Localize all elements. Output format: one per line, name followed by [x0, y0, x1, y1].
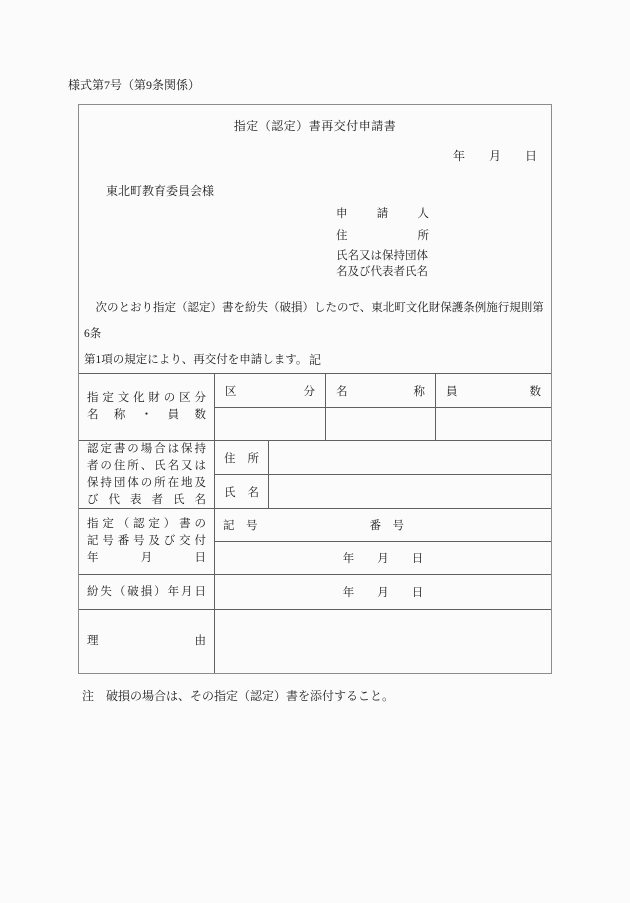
reason-value-cell [215, 610, 551, 673]
applicant-name-label-line2: 名及び代表者氏名 [336, 264, 429, 280]
header-meisho: 名称 [326, 374, 435, 408]
issue-date-cell: 年 月 日 [215, 542, 551, 574]
header-kubun: 区分 [215, 374, 325, 408]
symbol-number-row: 記 号 番 号 [215, 509, 551, 542]
applicant-name-label-line1: 氏名又は保持団体 [336, 248, 429, 264]
applicant-block: 申請人 住所 氏名又は保持団体 名及び代表者氏名 [336, 206, 429, 280]
row-symbol-number: 指定（認定）書の 記号番号及び交付 年月日 記 号 番 号 年 月 日 [79, 509, 551, 575]
row-certified-holder: 認定書の場合は保持 者の住所、氏名又は 保持団体の所在地及 び代表者氏名 住所 [79, 441, 551, 509]
header-insu: 員数 [436, 374, 551, 408]
addressee: 東北町教育委員会様 [106, 182, 214, 199]
row-symbol-number-label: 指定（認定）書の 記号番号及び交付 年月日 [79, 509, 215, 574]
form-table: 指定文化財の区分 名称・員数 区分 名称 [79, 373, 551, 673]
row-designation-label: 指定文化財の区分 名称・員数 [79, 374, 215, 440]
row-certified-holder-label: 認定書の場合は保持 者の住所、氏名又は 保持団体の所在地及 び代表者氏名 [79, 441, 215, 508]
row-loss-date-label: 紛失（破損）年月日 [79, 575, 215, 609]
row-designation: 指定文化財の区分 名称・員数 区分 名称 [79, 374, 551, 441]
meisho-value-cell [326, 408, 435, 440]
applicant-address-label: 住所 [336, 228, 429, 244]
row-designation-grid: 区分 名称 員数 [215, 374, 551, 440]
holder-name-value-cell [269, 475, 551, 508]
issue-date-line: 年 月 日 [453, 147, 537, 164]
holder-address-value-cell [269, 441, 551, 474]
form-number: 様式第7号（第9条関係） [68, 76, 200, 93]
holder-name-sublabel: 氏名 [215, 475, 269, 508]
footnote: 注 破損の場合は、その指定（認定）書を添付すること。 [82, 687, 394, 704]
document-page: 様式第7号（第9条関係） 指定（認定）書再交付申請書 年 月 日 東北町教育委員… [0, 0, 630, 903]
ki-marker: 記 [79, 351, 551, 368]
kubun-value-cell [215, 408, 325, 440]
holder-address-sublabel: 住所 [215, 441, 269, 474]
row-loss-date: 紛失（破損）年月日 年 月 日 [79, 575, 551, 610]
holder-name-row: 氏名 [215, 475, 551, 508]
holder-address-row: 住所 [215, 441, 551, 475]
loss-date-cell: 年 月 日 [215, 575, 551, 609]
insu-value-cell [436, 408, 551, 440]
row-reason-label: 理由 [79, 610, 215, 673]
row-reason: 理由 [79, 610, 551, 673]
form-title: 指定（認定）書再交付申請書 [79, 117, 551, 134]
applicant-label: 申請人 [336, 206, 429, 222]
body-paragraph-line1: 次のとおり指定（認定）書を紛失（破損）したので、東北町文化財保護条例施行規則第6… [84, 295, 547, 347]
form-outline-box: 指定（認定）書再交付申請書 年 月 日 東北町教育委員会様 申請人 住所 氏名又… [78, 104, 552, 674]
bango-label: 番 号 [370, 517, 405, 533]
kigo-label: 記 号 [223, 517, 258, 533]
